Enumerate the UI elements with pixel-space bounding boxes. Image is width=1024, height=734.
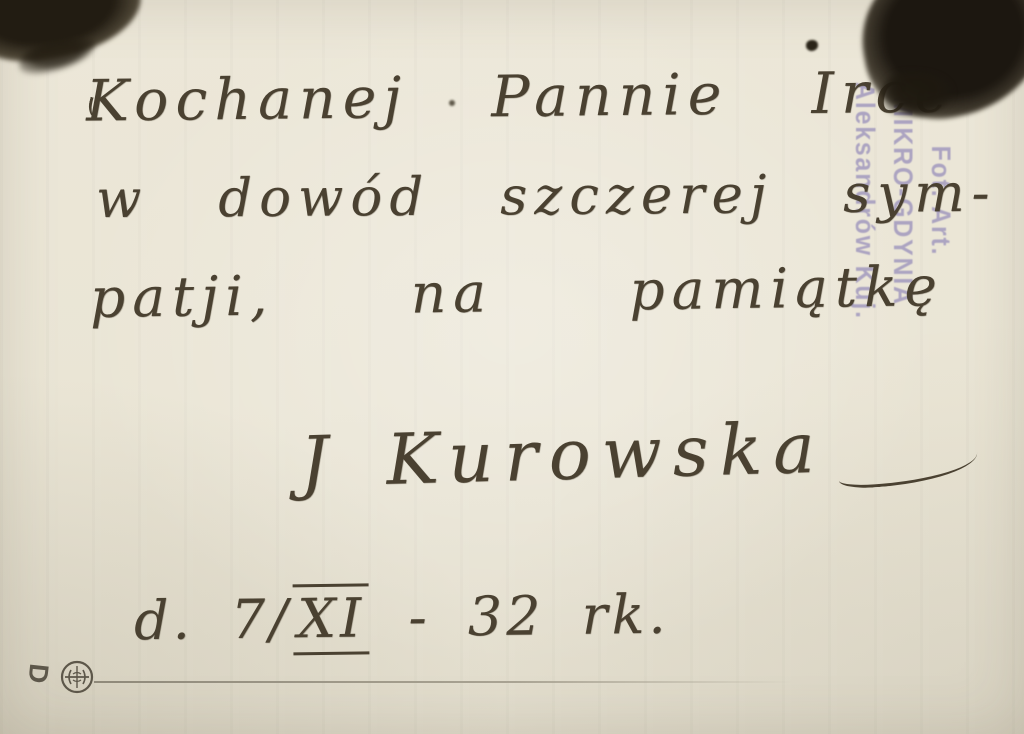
corner-letter-mark: D [21,662,54,685]
date-roman-numeral: XI [293,583,370,655]
printed-rule-line [94,681,794,683]
date-suffix: - 32 rk. [408,583,670,649]
dedication-line-3: patji, na pamiątkę [90,254,945,330]
photo-back-card: Fot. Art. MIKRO-GDYNIA Aleksandrów Kuj. … [0,0,1024,734]
dedication-line-2: w dowód szczerej sym- [96,163,997,230]
date-line: d. 7/XI - 32 rk. [134,583,670,653]
signature: J Kurowska [299,407,827,504]
printer-emblem-icon [57,657,97,697]
ink-speck [806,40,818,51]
date-prefix: d. 7/ [134,587,292,652]
dedication-line-1: Kochanej Pannie Irce [86,59,956,134]
signature-flourish [837,443,979,490]
ink-speck-small [449,100,455,106]
